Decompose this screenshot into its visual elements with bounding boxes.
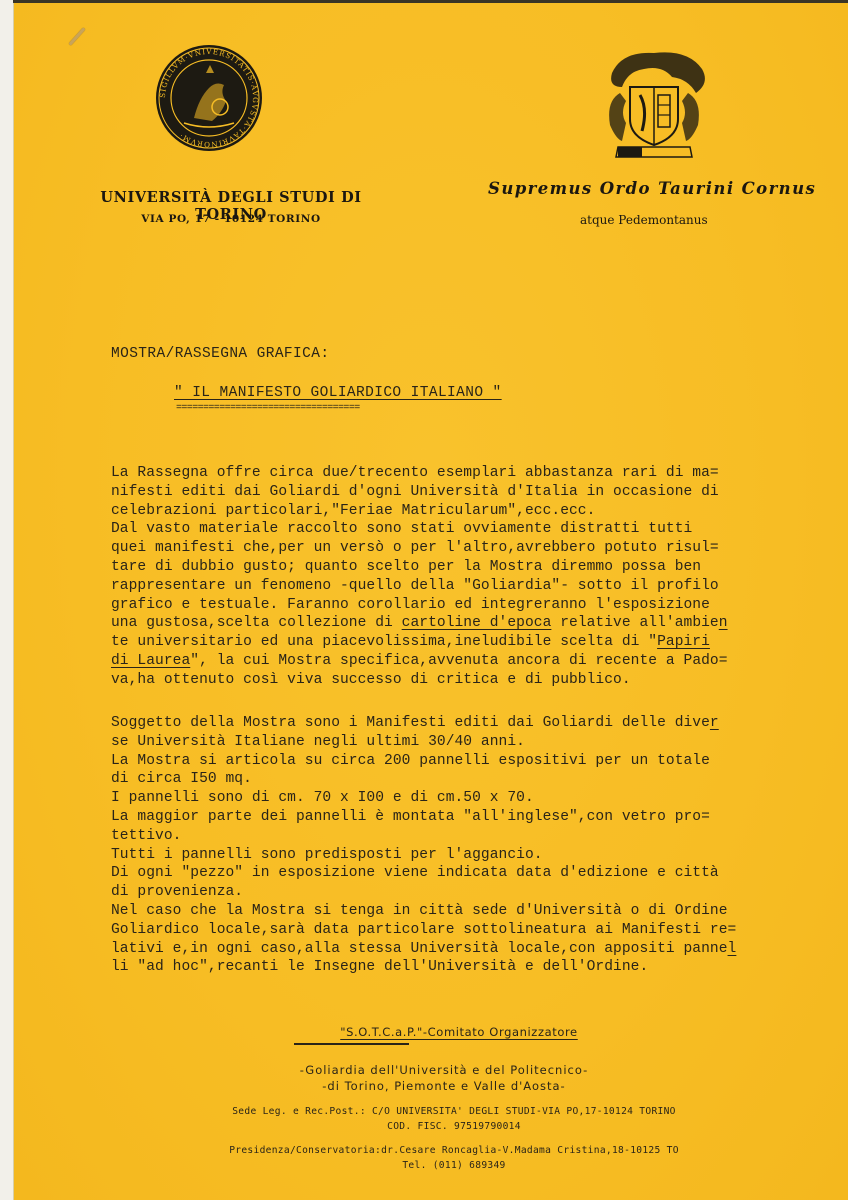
text-line: La Mostra si articola su circa 200 panne…	[111, 752, 831, 771]
text-line: grafico e testuale. Faranno corollario e…	[111, 596, 831, 615]
text-line: nifesti editi dai Goliardi d'ogni Univer…	[111, 483, 831, 502]
letter-page: SIGILLVM·VNIVERSITATIS·AVGVSTA·TAVRINORV…	[14, 3, 848, 1200]
committee-label: "S.O.T.C.a.P."-Comitato Organizzatore	[254, 1025, 664, 1039]
text-line: di Laurea", la cui Mostra specifica,avve…	[111, 652, 831, 671]
text-line: di circa I50 mq.	[111, 770, 831, 789]
text-line: va,ha ottenuto così viva successo di cri…	[111, 671, 831, 690]
text-line: La maggior parte dei pannelli è montata …	[111, 808, 831, 827]
text-line: rappresentare un fenomeno -quello della …	[111, 577, 831, 596]
university-address: VIA PO, 17 - 10124 TORINO	[70, 213, 392, 225]
text-line: I pannelli sono di cm. 70 x I00 e di cm.…	[111, 789, 831, 808]
presidency-address: Presidenza/Conservatoria:dr.Cesare Ronca…	[134, 1145, 774, 1156]
paragraph-description: La Rassegna offre circa due/trecento ese…	[111, 464, 831, 690]
text-line: Soggetto della Mostra sono i Manifesti e…	[111, 714, 831, 733]
order-crest-icon	[592, 43, 716, 161]
paragraph-details: Soggetto della Mostra sono i Manifesti e…	[111, 714, 831, 977]
tax-code: COD. FISC. 97519790014	[134, 1121, 774, 1132]
text-line: Nel caso che la Mostra si tenga in città…	[111, 902, 831, 921]
order-subtitle: atque Pedemontanus	[504, 213, 844, 227]
registered-office: Sede Leg. e Rec.Post.: C/O UNIVERSITA' D…	[134, 1106, 774, 1117]
university-seal-icon: SIGILLVM·VNIVERSITATIS·AVGVSTA·TAVRINORV…	[154, 43, 264, 153]
exhibition-title-text: " IL MANIFESTO GOLIARDICO ITALIANO "	[174, 385, 502, 401]
text-line: lativi e,in ogni caso,alla stessa Univer…	[111, 940, 831, 959]
text-line: li "ad hoc",recanti le Insegne dell'Univ…	[111, 958, 831, 977]
exhibition-type: MOSTRA/RASSEGNA GRAFICA:	[111, 346, 329, 362]
text-line: di provenienza.	[111, 883, 831, 902]
staple-mark	[69, 27, 86, 45]
text-line: quei manifesti che,per un versò o per l'…	[111, 539, 831, 558]
text-line: La Rassegna offre circa due/trecento ese…	[111, 464, 831, 483]
text-line: tettivo.	[111, 827, 831, 846]
committee-rule	[294, 1043, 409, 1047]
text-line: Goliardico locale,sarà data particolare …	[111, 921, 831, 940]
scan-left-margin	[0, 0, 14, 1200]
committee-line-2: -di Torino, Piemonte e Valle d'Aosta-	[234, 1079, 654, 1093]
order-name: Supremus Ordo Taurini Cornus	[464, 179, 848, 198]
text-line: celebrazioni particolari,"Feriae Matricu…	[111, 502, 831, 521]
text-line: Dal vasto materiale raccolto sono stati …	[111, 520, 831, 539]
telephone: Tel. (011) 689349	[134, 1160, 774, 1171]
committee-line-1: -Goliardia dell'Università e del Politec…	[234, 1063, 654, 1077]
text-line: Tutti i pannelli sono predisposti per l'…	[111, 846, 831, 865]
text-line: se Università Italiane negli ultimi 30/4…	[111, 733, 831, 752]
text-line: tare di dubbio gusto; quanto scelto per …	[111, 558, 831, 577]
text-line: te universitario ed una piacevolissima,i…	[111, 633, 831, 652]
committee-label-text: "S.O.T.C.a.P."-Comitato Organizzatore	[340, 1025, 577, 1039]
text-line: una gustosa,scelta collezione di cartoli…	[111, 614, 831, 633]
exhibition-title: " IL MANIFESTO GOLIARDICO ITALIANO "	[174, 385, 502, 401]
text-line: Di ogni "pezzo" in esposizione viene ind…	[111, 864, 831, 883]
title-double-rule: ==================================	[176, 405, 360, 412]
